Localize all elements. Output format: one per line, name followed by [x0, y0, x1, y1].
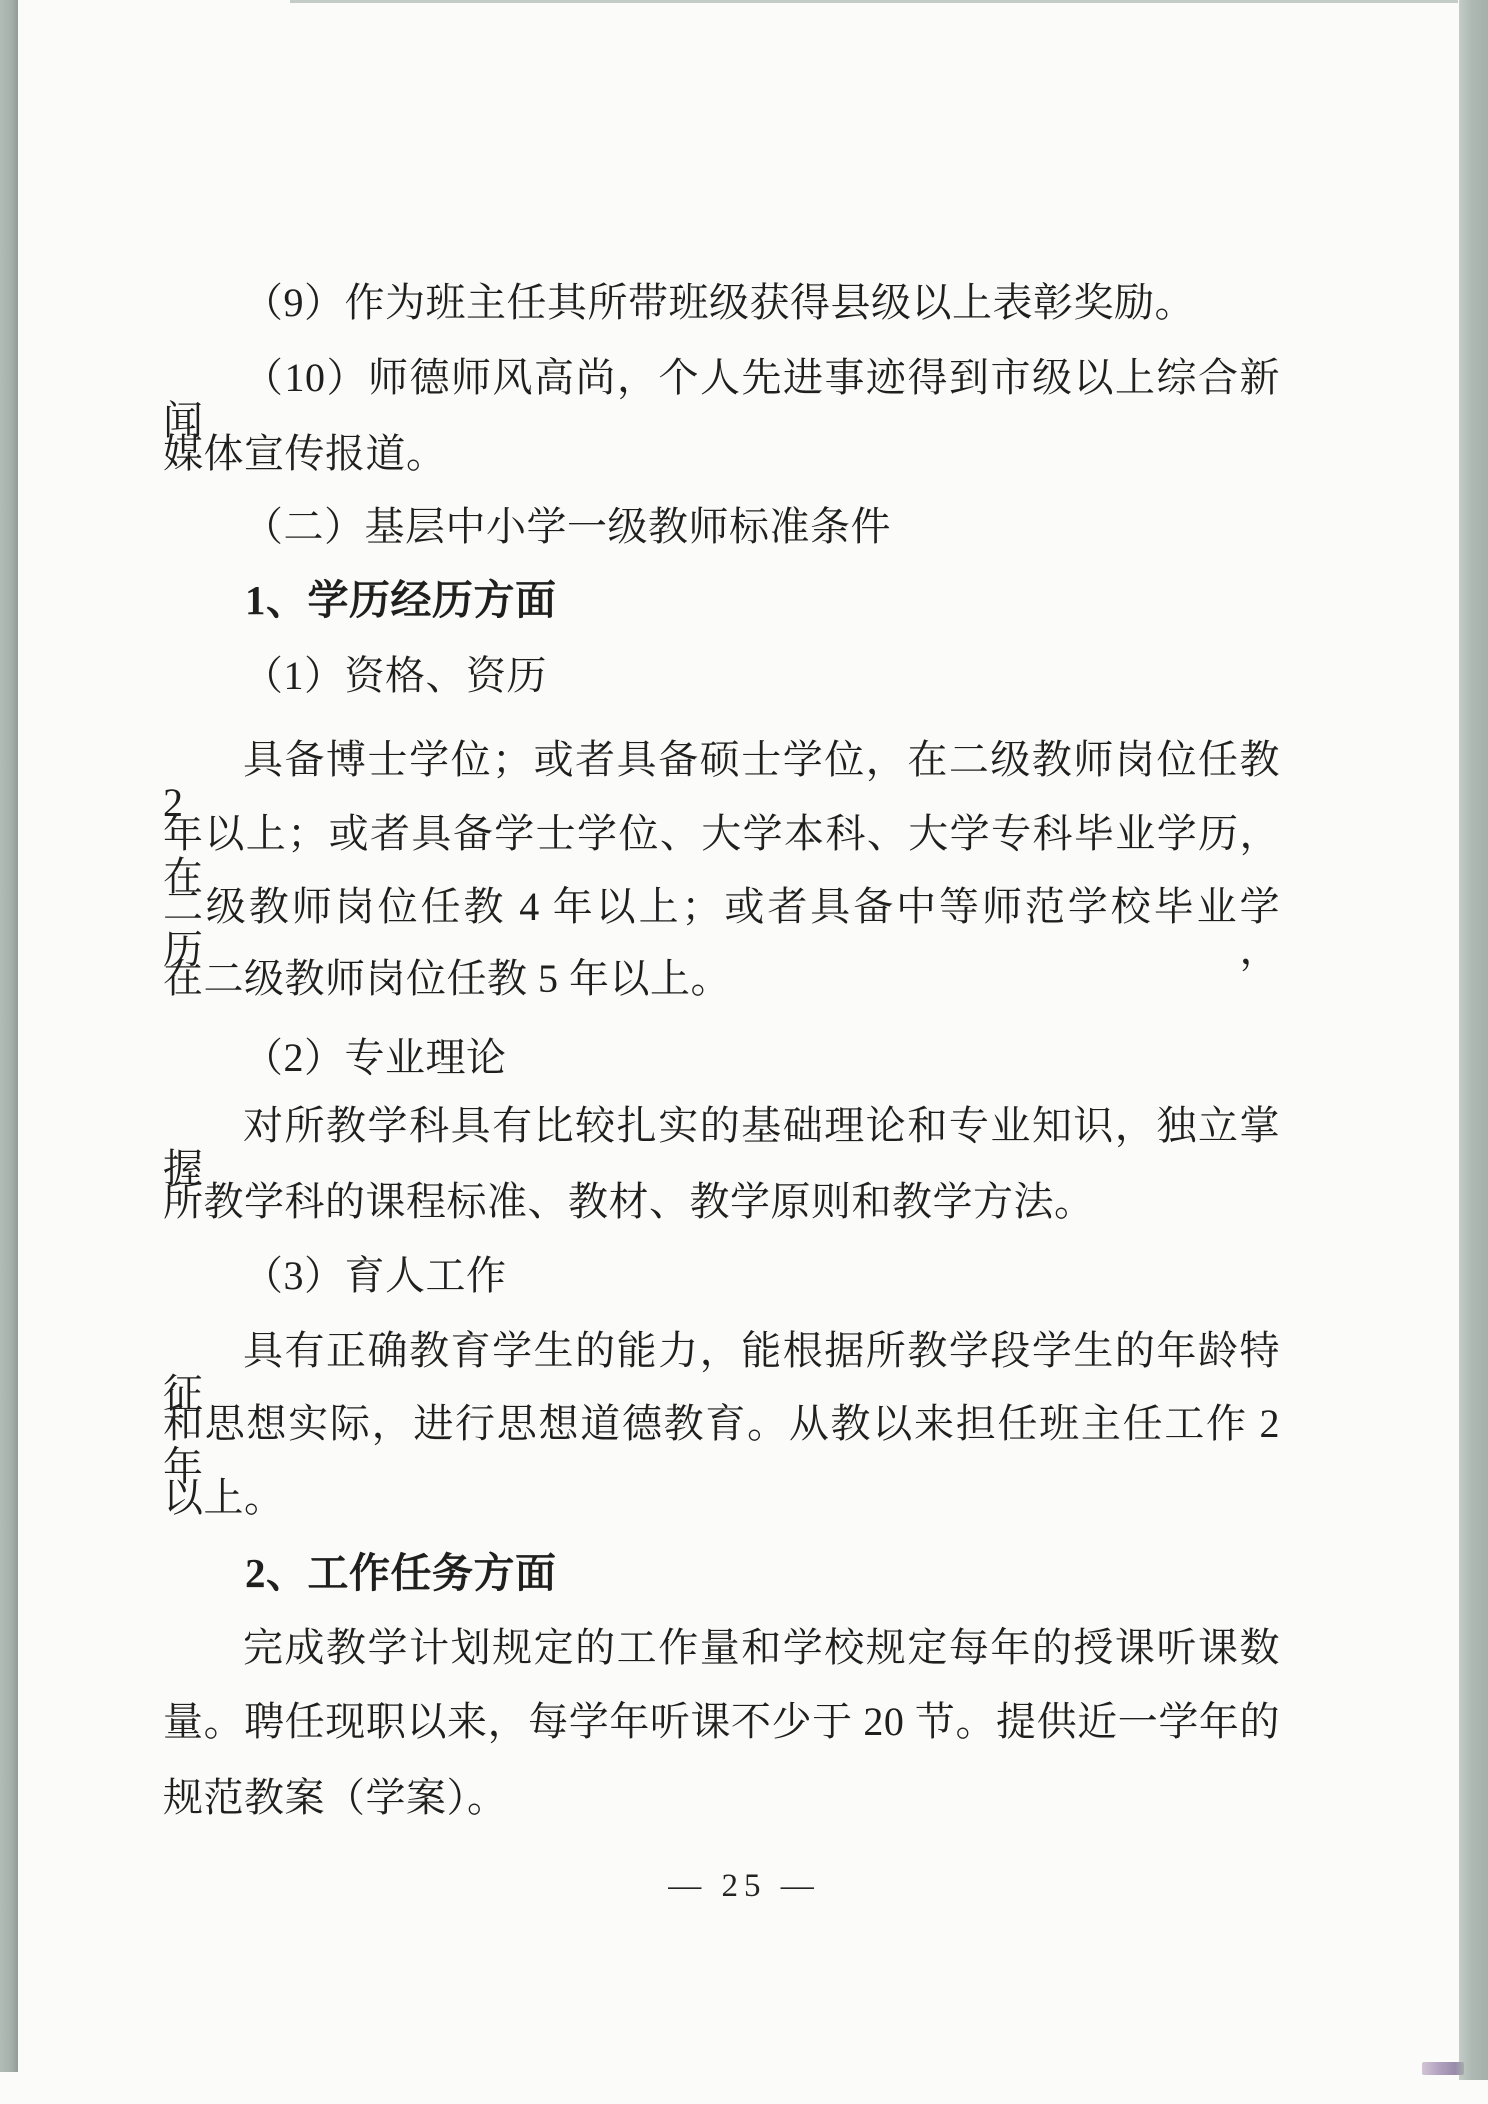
para-workload-2: 量。聘任现职以来，每学年听课不少于 20 节。提供近一学年的 — [163, 1700, 1280, 1743]
para-qualification-4: 在二级教师岗位任教 5 年以上。 — [163, 957, 1280, 1000]
para-theory-2: 所教学科的课程标准、教材、教学原则和教学方法。 — [163, 1180, 1280, 1223]
sub-heading-1: （1）资格、资历 — [163, 654, 1280, 697]
para-theory: 对所教学科具有比较扎实的基础理论和专业知识，独立掌握 — [163, 1104, 1280, 1190]
numbered-heading-2: 2、工作任务方面 — [163, 1551, 1280, 1595]
para-item-10-cont: 媒体宣传报道。 — [163, 432, 1280, 475]
para-item-9: （9）作为班主任其所带班级获得县级以上表彰奖励。 — [163, 281, 1280, 324]
page-number: — 25 — — [0, 1868, 1488, 1905]
para-workload-3: 规范教案（学案）。 — [163, 1776, 1280, 1819]
sub-heading-2: （2）专业理论 — [163, 1036, 1280, 1079]
para-workload: 完成教学计划规定的工作量和学校规定每年的授课听课数 — [163, 1626, 1280, 1669]
para-item-10: （10）师德师风高尚，个人先进事迹得到市级以上综合新闻 — [163, 356, 1280, 442]
sub-heading-3: （3）育人工作 — [163, 1254, 1280, 1297]
document-body: （9）作为班主任其所带班级获得县级以上表彰奖励。 （10）师德师风高尚，个人先进… — [163, 0, 1280, 2104]
numbered-heading-1: 1、学历经历方面 — [163, 578, 1280, 622]
scanned-document-page: （9）作为班主任其所带班级获得县级以上表彰奖励。 （10）师德师风高尚，个人先进… — [0, 0, 1488, 2104]
ink-smudge — [1422, 2062, 1464, 2075]
para-education-3: 以上。 — [163, 1476, 1280, 1519]
section-heading-2: （二）基层中小学一级教师标准条件 — [163, 505, 1280, 548]
scan-edge-right — [1459, 0, 1488, 2080]
scan-edge-left — [0, 0, 18, 2072]
